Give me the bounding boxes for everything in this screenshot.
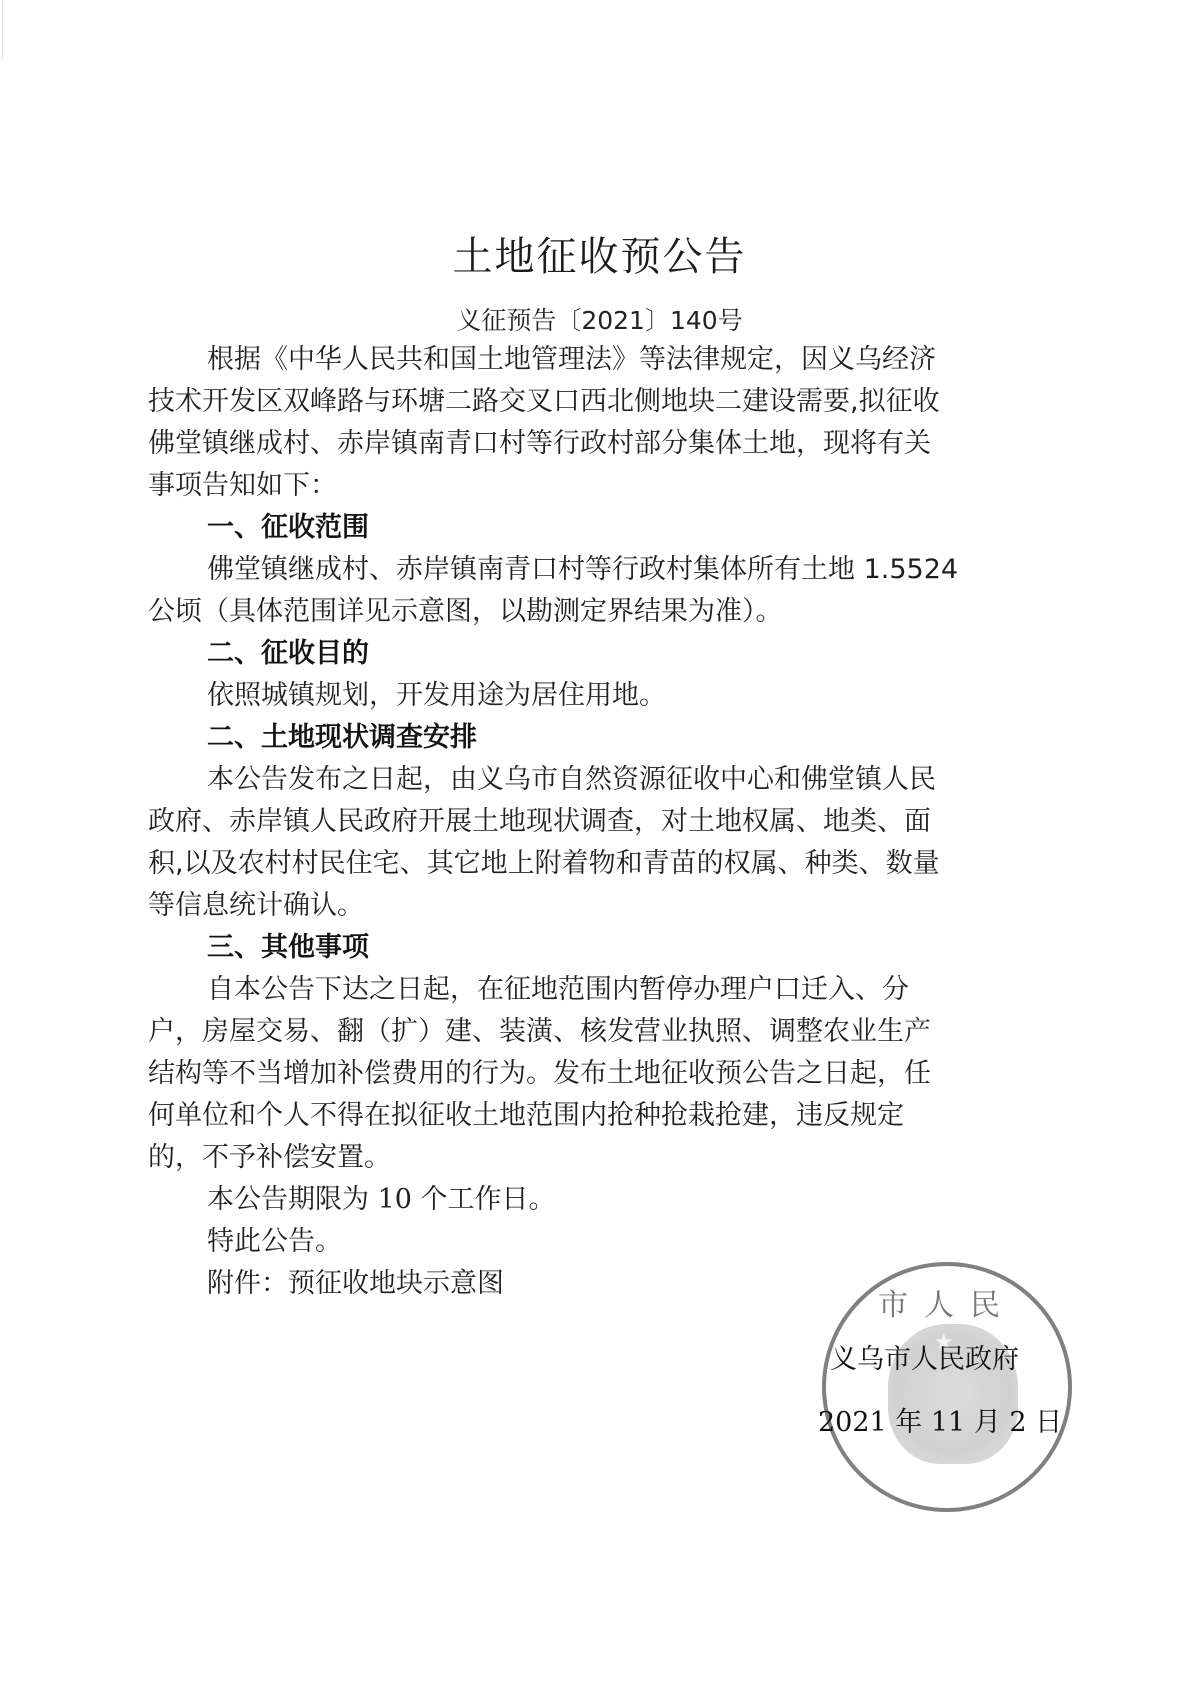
intro-line: 根据《中华人民共和国土地管理法》等法律规定，因义乌经济 [207,342,936,378]
official-seal: 市人民 ★ [822,1262,1072,1512]
section-line: 政府、赤岸镇人民政府开展土地现状调查，对土地权属、地类、面 [148,804,931,840]
document-title: 土地征收预公告 [0,225,1199,282]
section-line: 等信息统计确认。 [148,888,364,924]
notice-period: 本公告期限为 10 个工作日。 [207,1182,556,1218]
section-line: 积,以及农村村民住宅、其它地上附着物和青苗的权属、种类、数量 [148,846,940,882]
section-heading-other: 三、其他事项 [207,930,369,966]
intro-line: 技术开发区双峰路与环塘二路交叉口西北侧地块二建设需要,拟征收 [148,384,940,420]
issue-date: 2021 年 11 月 2 日 [818,1400,1062,1439]
section-heading-survey: 二、土地现状调查安排 [207,720,477,756]
section-line: 公顷（具体范围详见示意图，以勘测定界结果为准）。 [148,594,783,630]
seal-text: 市人民 [826,1280,1068,1324]
document-number: 义征预告〔2021〕140号 [0,301,1199,337]
section-line: 自本公告下达之日起，在征地范围内暂停办理户口迁入、分 [207,972,909,1008]
section-line: 佛堂镇继成村、赤岸镇南青口村等行政村集体所有土地 1.5524 [207,552,958,588]
page-edge [2,0,3,60]
intro-line: 佛堂镇继成村、赤岸镇南青口村等行政村部分集体土地，现将有关 [148,426,931,462]
notice-closing: 特此公告。 [207,1224,342,1260]
issuing-organization: 义乌市人民政府 [830,1337,1019,1376]
attachment-note: 附件：预征收地块示意图 [207,1266,504,1302]
section-line: 何单位和个人不得在拟征收土地范围内抢种抢栽抢建，违反规定 [148,1098,904,1134]
section-line: 依照城镇规划，开发用途为居住用地。 [207,678,666,714]
intro-line: 事项告知如下： [148,468,337,504]
section-line: 结构等不当增加补偿费用的行为。发布土地征收预公告之日起，任 [148,1056,931,1092]
section-line: 的，不予补偿安置。 [148,1140,391,1176]
section-line: 户，房屋交易、翻（扩）建、装潢、核发营业执照、调整农业生产 [148,1014,931,1050]
section-line: 本公告发布之日起，由义乌市自然资源征收中心和佛堂镇人民 [207,762,936,798]
section-heading-scope: 一、征收范围 [207,510,369,546]
section-heading-purpose: 二、征收目的 [207,636,369,672]
